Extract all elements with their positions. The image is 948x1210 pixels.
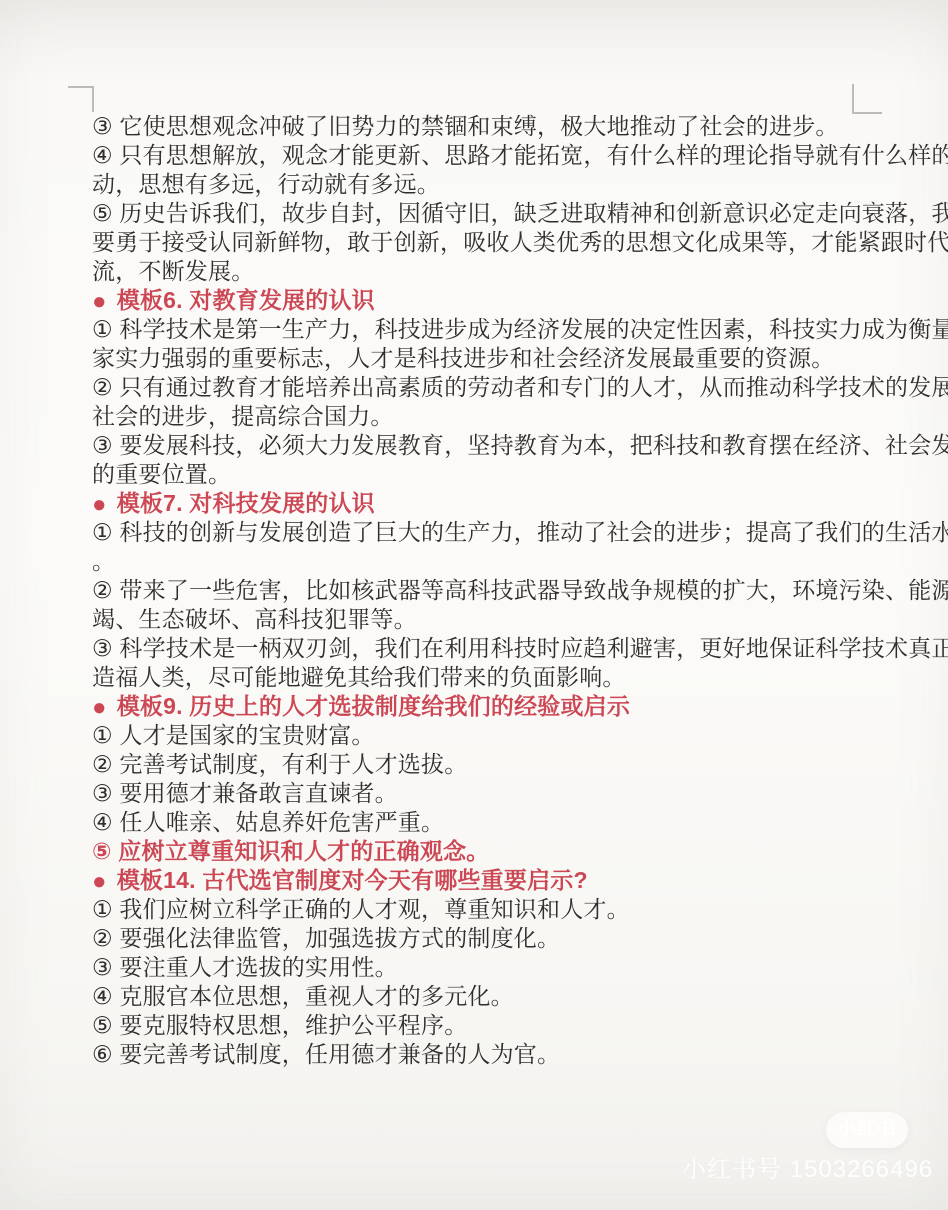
text-line: ② 要强化法律监管，加强选拔方式的制度化。: [92, 924, 888, 953]
text-line: ⑤ 历史告诉我们，故步自封，因循守旧，缺乏进取精神和创新意识必定走向衰落，我们: [92, 199, 888, 228]
text-line: 竭、生态破坏、高科技犯罪等。: [92, 605, 888, 634]
text-line: ② 带来了一些危害，比如核武器等高科技武器导致战争规模的扩大，环境污染、能源枯: [92, 576, 888, 605]
text-line: 造福人类，尽可能地避免其给我们带来的负面影响。: [92, 663, 888, 692]
section-header: ●模板9. 历史上的人才选拔制度给我们的经验或启示: [92, 692, 888, 721]
text-line: ② 只有通过教育才能培养出高素质的劳动者和专门的人才，从而推动科学技术的发展和: [92, 373, 888, 402]
bullet-icon: ●: [92, 287, 107, 316]
text-line: ④ 只有思想解放，观念才能更新、思路才能拓宽，有什么样的理论指导就有什么样的行: [92, 141, 888, 170]
text-line: 。: [92, 547, 888, 576]
text-line: ③ 要发展科技，必须大力发展教育，坚持教育为本，把科技和教育摆在经济、社会发展: [92, 431, 888, 460]
text-line: 流，不断发展。: [92, 257, 888, 286]
page-margin-mark-top-right: [852, 84, 882, 114]
section-header-label: 模板7. 对科技发展的认识: [117, 490, 375, 516]
xiaohongshu-account-watermark: 小红书号 1503266496: [682, 1149, 922, 1184]
text-line: ④ 任人唯亲、姑息养奸危害严重。: [92, 808, 888, 837]
text-line: ① 科技的创新与发展创造了巨大的生产力，推动了社会的进步；提高了我们的生活水平: [92, 518, 888, 547]
text-line: ④ 克服官本位思想，重视人才的多元化。: [92, 982, 888, 1011]
text-line: ③ 科学技术是一柄双刃剑，我们在利用科技时应趋利避害，更好地保证科学技术真正地: [92, 634, 888, 663]
text-line: ③ 要注重人才选拔的实用性。: [92, 953, 888, 982]
text-line: 家实力强弱的重要标志，人才是科技进步和社会经济发展最重要的资源。: [92, 344, 888, 373]
bullet-icon: ●: [92, 490, 107, 519]
section-header: ●模板6. 对教育发展的认识: [92, 286, 888, 315]
bullet-icon: ●: [92, 693, 107, 722]
text-line: ① 人才是国家的宝贵财富。: [92, 721, 888, 750]
document-content: ③ 它使思想观念冲破了旧势力的禁锢和束缚，极大地推动了社会的进步。 ④ 只有思想…: [92, 112, 888, 1069]
section-header-label: 模板14. 古代选官制度对今天有哪些重要启示?: [117, 867, 588, 893]
text-line: ⑤ 要克服特权思想，维护公平程序。: [92, 1011, 888, 1040]
text-line: ② 完善考试制度，有利于人才选拔。: [92, 750, 888, 779]
section-header-label: 模板9. 历史上的人才选拔制度给我们的经验或启示: [117, 693, 630, 719]
text-line: ③ 它使思想观念冲破了旧势力的禁锢和束缚，极大地推动了社会的进步。: [92, 112, 888, 141]
section-header: ●模板14. 古代选官制度对今天有哪些重要启示?: [92, 866, 888, 895]
highlighted-text-line: ⑤ 应树立尊重知识和人才的正确观念。: [92, 837, 888, 866]
text-line: ① 科学技术是第一生产力，科技进步成为经济发展的决定性因素，科技实力成为衡量国: [92, 315, 888, 344]
text-line: 要勇于接受认同新鲜物，敢于创新，吸收人类优秀的思想文化成果等，才能紧跟时代潮: [92, 228, 888, 257]
section-header: ●模板7. 对科技发展的认识: [92, 489, 888, 518]
section-header-label: 模板6. 对教育发展的认识: [117, 287, 375, 313]
bullet-icon: ●: [92, 867, 107, 896]
xiaohongshu-badge: 小红书: [826, 1112, 908, 1148]
text-line: ③ 要用德才兼备敢言直谏者。: [92, 779, 888, 808]
text-line: 的重要位置。: [92, 460, 888, 489]
text-line: ① 我们应树立科学正确的人才观，尊重知识和人才。: [92, 895, 888, 924]
text-line: ⑥ 要完善考试制度，任用德才兼备的人为官。: [92, 1040, 888, 1069]
document-page: ③ 它使思想观念冲破了旧势力的禁锢和束缚，极大地推动了社会的进步。 ④ 只有思想…: [0, 0, 948, 1210]
text-line: 动，思想有多远，行动就有多远。: [92, 170, 888, 199]
text-line: 社会的进步，提高综合国力。: [92, 402, 888, 431]
page-margin-mark-top-left: [68, 86, 94, 112]
